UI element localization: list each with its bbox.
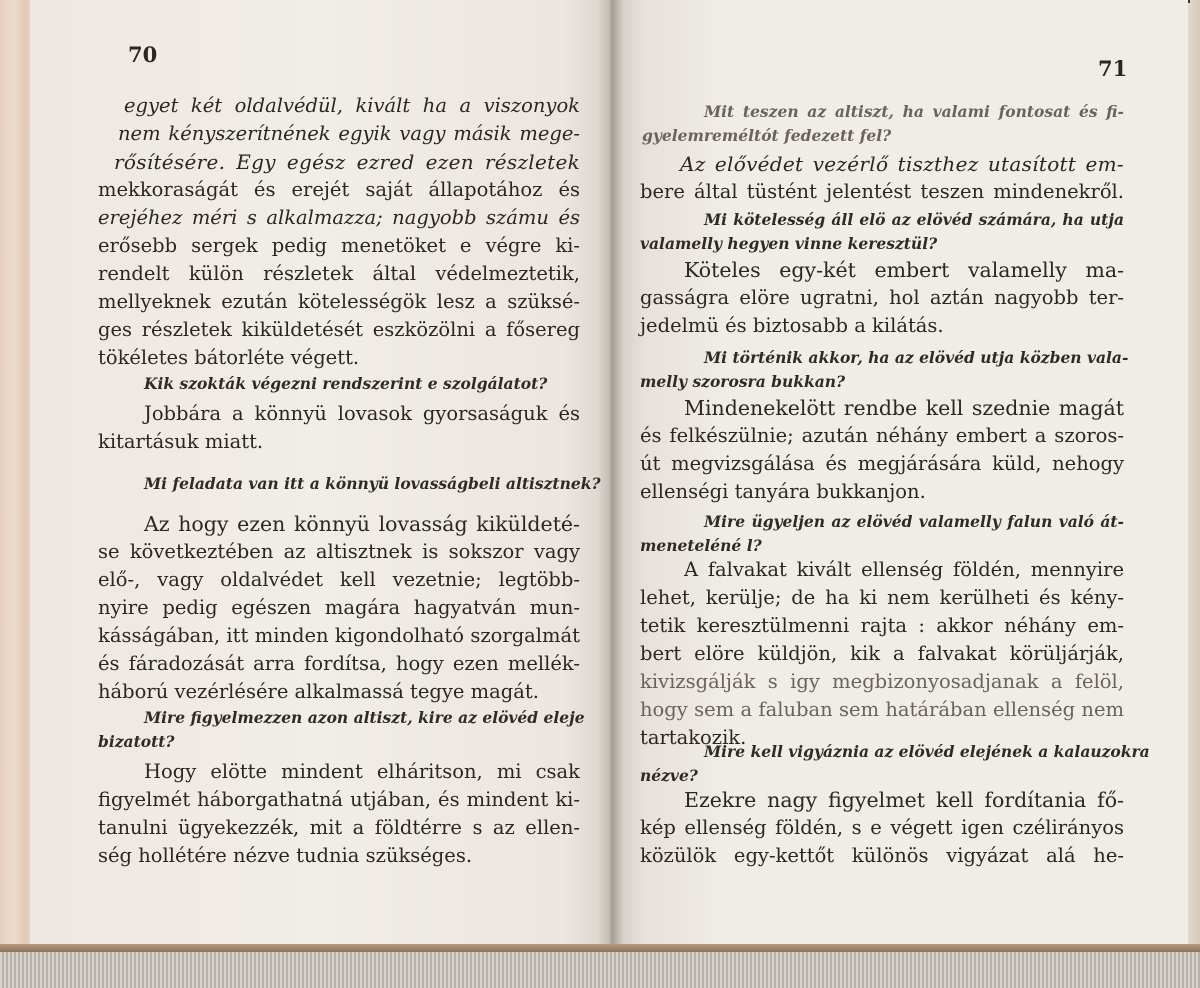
text-line: rősítésére. Egy egész ezred ezen részlet… [114,148,580,176]
text-line: kivizsgálják s igy megbizonyosadjanak a … [640,668,1124,696]
text-line: ges részletek kiküldetését eszközölni a … [98,316,580,344]
text-line: gasságra elöre ugratni, hol aztán nagyob… [640,284,1124,312]
text-line: mekkoraságát és erejét saját állapotához… [98,176,580,204]
text-line: Jobbára a könnyü lovasok gyorsaságuk és [98,400,580,428]
text-line: bert elöre küldjön, kik a falvakat körül… [640,640,1124,668]
text-line: jedelmü és biztosabb a kilátás. [640,312,1124,340]
page-stack-bottom [0,952,1200,988]
book-spread: 70 egyet két oldalvédül, kivált ha a vis… [0,0,1200,988]
text-line: kitartásuk miatt. [98,428,580,456]
question-heading: Mire ügyeljen az elövéd valamelly falun … [704,510,1124,558]
text-line: Hogy elötte mindent elháritson, mi csak [98,758,580,786]
answer-paragraph: Jobbára a könnyü lovasok gyorsaságuk és … [98,400,580,456]
page-number-left: 70 [128,42,157,67]
text-line: se következtében az altisztnek is sokszo… [98,538,580,566]
text-line: nyire pedig egészen magára hagyatván mun… [98,594,580,622]
text-line: kép ellenség földén, s e végett igen czé… [640,814,1124,842]
answer-paragraph: Ezekre nagy figyelmet kell fordítania fő… [640,786,1124,870]
question-heading: Mi feladata van itt a könnyü lovasságbel… [144,472,580,496]
text-line: Az elővédet vezérlő tiszthez utasított e… [640,150,1124,178]
text-line: A falvakat kivált ellenség földén, menny… [640,556,1124,584]
text-line: erősebb sergek pedig menetöket e végre k… [98,232,580,260]
question-line: gyelemreméltót fedezett fel? [642,124,1124,148]
answer-paragraph: Köteles egy-két embert valamelly ma- gas… [640,256,1124,340]
text-line: Köteles egy-két embert valamelly ma- [640,256,1124,284]
text-line: út megvizsgálása és megjárására küld, ne… [640,450,1124,478]
answer-paragraph: Hogy elötte mindent elháritson, mi csak … [98,758,580,870]
text-line: és fáradozását arra fordítsa, hogy ezen … [98,650,580,678]
left-page: 70 egyet két oldalvédül, kivált ha a vis… [30,0,610,948]
question-line: Mire ügyeljen az elövéd valamelly falun … [704,510,1124,534]
question-line: Mit teszen az altiszt, ha valami fontosa… [704,100,1124,124]
question-line: Mire figyelmezzen azon altiszt, kire az … [144,706,580,730]
left-paragraph-continuation: egyet két oldalvédül, kivált ha a viszon… [98,92,580,372]
question-line: Mire kell vigyáznia az elövéd elejének a… [704,740,1124,764]
question-line: bizatott? [98,730,580,754]
page-edges-right [1188,0,1200,950]
question-line: Mi történik akkor, ha az elövéd utja köz… [704,346,1124,370]
page-number-right: 71 [1098,56,1127,81]
text-line: elő-, vagy oldalvédet kell vezetnie; leg… [98,566,580,594]
text-line: Ezekre nagy figyelmet kell fordítania fő… [640,786,1124,814]
text-line: ellenségi tanyára bukkanjon. [640,478,1124,506]
question-line: valamelly hegyen vinne keresztül? [640,232,1124,256]
question-heading: Mit teszen az altiszt, ha valami fontosa… [704,100,1124,148]
answer-paragraph: A falvakat kivált ellenség földén, menny… [640,556,1124,752]
text-line: és felkészülnie; azután néhány embert a … [640,422,1124,450]
text-line: ség hollétére nézve tudnia szükséges. [98,842,580,870]
question-heading: Mi történik akkor, ha az elövéd utja köz… [704,346,1124,394]
text-line: kásságában, itt minden kigondolható szor… [98,622,580,650]
question-heading: Kik szokták végezni rendszerint e szolgá… [144,372,564,396]
question-line: Kik szokták végezni rendszerint e szolgá… [144,372,564,396]
text-line: háború vezérlésére alkalmassá tegye magá… [98,678,580,706]
right-page: 71 Mit teszen az altiszt, ha valami font… [610,0,1188,948]
question-line: Mi feladata van itt a könnyü lovasságbel… [144,472,580,496]
text-line: Az hogy ezen könnyü lovasság kiküldeté- [98,510,580,538]
text-line: rendelt külön részletek által védelmezte… [98,260,580,288]
question-heading: Mire figyelmezzen azon altiszt, kire az … [144,706,580,754]
text-line: nem kényszerítnének egyik vagy másik meg… [118,120,580,148]
text-line: figyelmét háborgathatná utjában, és mind… [98,786,580,814]
text-line: mellyeknek ezután kötelességök lesz a sz… [98,288,580,316]
text-line: tetik keresztülmenni rajta : akkor néhán… [640,612,1124,640]
text-line: Mindenekelött rendbe kell szednie magát [640,394,1124,422]
text-line: közülök egy-kettőt különös vigyázat alá … [640,842,1124,870]
book-gutter [598,0,624,948]
text-line: lehet, kerülje; de ha ki nem kerülheti é… [640,584,1124,612]
text-line: hogy sem a faluban sem határában ellensé… [640,696,1124,724]
text-line: erejéhez méri s alkalmazza; nagyobb szám… [98,204,580,232]
question-line: meneteléné l? [640,534,1124,558]
text-line: egyet két oldalvédül, kivált ha a viszon… [124,92,580,120]
answer-paragraph: Mindenekelött rendbe kell szednie magát … [640,394,1124,506]
answer-paragraph: Az elővédet vezérlő tiszthez utasított e… [640,150,1124,206]
answer-paragraph: Az hogy ezen könnyü lovasság kiküldeté- … [98,510,580,706]
text-line: tanulni ügyekezzék, mit a földtérre s az… [98,814,580,842]
text-line: bere által tüstént jelentést teszen mind… [640,178,1124,206]
question-line: nézve? [640,764,1124,788]
text-line: tökéletes bátorléte végett. [98,344,580,372]
question-heading: Mire kell vigyáznia az elövéd elejének a… [704,740,1124,788]
question-line: Mi kötelesség áll elö az elövéd számára,… [704,208,1124,232]
page-bottom-edge [0,944,1200,952]
question-line: melly szorosra bukkan? [640,370,1124,394]
question-heading: Mi kötelesség áll elö az elövéd számára,… [704,208,1124,256]
